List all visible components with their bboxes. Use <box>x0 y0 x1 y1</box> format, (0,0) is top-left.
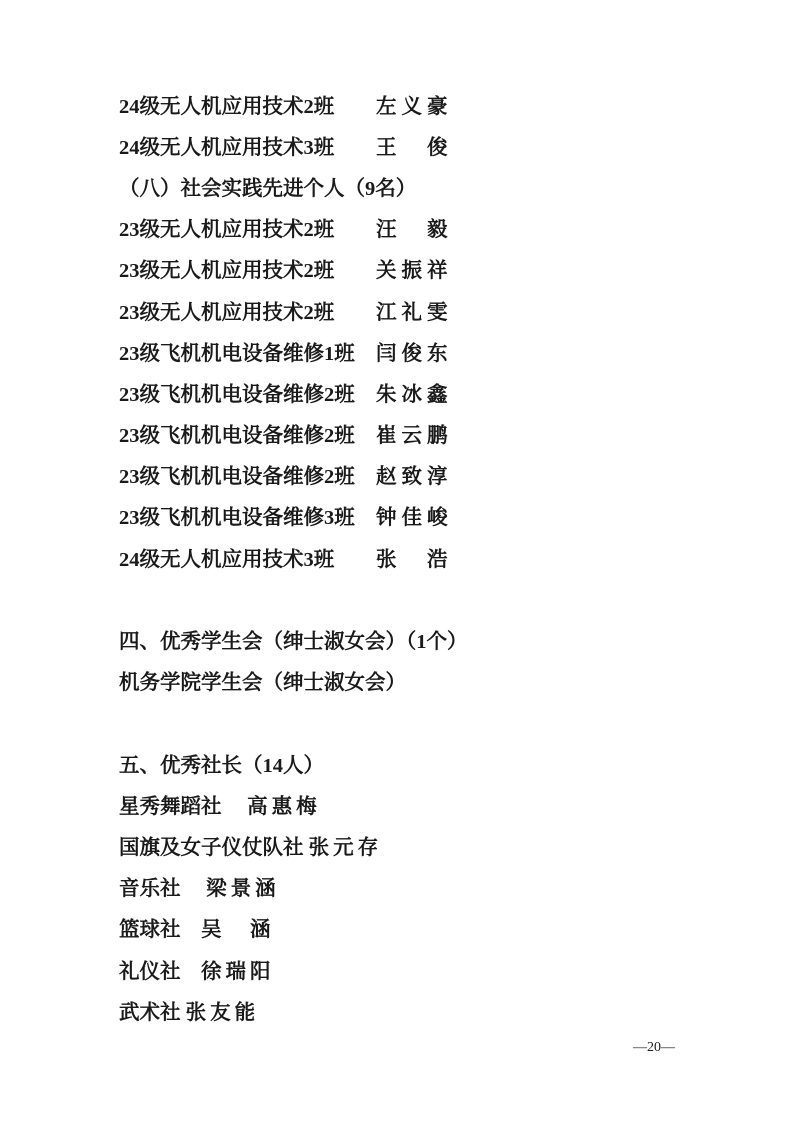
club-president-row: 武术社 张友能 <box>119 989 759 1030</box>
student-name: 王 俊 <box>376 130 453 160</box>
award-entry-row: 23级飞机机电设备维修2班赵致淳 <box>119 454 759 495</box>
award-entry-row: 24级无人机应用技术3班王 俊 <box>119 124 759 165</box>
award-entry-row: 23级无人机应用技术2班关振祥 <box>119 248 759 289</box>
class-label: 23级飞机机电设备维修3班 <box>119 500 376 530</box>
president-name: 张友能 <box>186 995 260 1025</box>
club-president-row: 礼仪社 徐瑞阳 <box>119 948 759 989</box>
club-name: 国旗及女子仪仗队社 <box>119 830 304 860</box>
blank-line <box>119 577 759 618</box>
class-label: 23级无人机应用技术2班 <box>119 212 376 242</box>
student-name: 赵致淳 <box>376 459 453 489</box>
student-name: 闫俊东 <box>376 336 453 366</box>
document-page: 24级无人机应用技术2班左义豪24级无人机应用技术3班王 俊（八）社会实践先进个… <box>0 0 793 1122</box>
student-name: 江礼雯 <box>376 295 453 325</box>
award-entry-row: 23级飞机机电设备维修1班闫俊东 <box>119 330 759 371</box>
president-name: 梁景涵 <box>206 871 280 901</box>
student-name: 朱冰鑫 <box>376 377 453 407</box>
club-name: 星秀舞蹈社 <box>119 789 222 819</box>
page-number: —20— <box>598 1039 710 1057</box>
club-name: 篮球社 <box>119 912 181 942</box>
student-name: 汪 毅 <box>376 212 453 242</box>
blank-line <box>119 701 759 742</box>
student-name: 关振祥 <box>376 253 453 283</box>
student-name: 钟佳峻 <box>376 500 453 530</box>
section-heading: 四、优秀学生会（绅士淑女会）（1个） <box>119 618 759 659</box>
club-name: 礼仪社 <box>119 954 181 984</box>
class-label: 24级无人机应用技术3班 <box>119 542 376 572</box>
club-name: 武术社 <box>119 995 181 1025</box>
spacing-gap <box>181 912 202 942</box>
club-president-row: 星秀舞蹈社 高惠梅 <box>119 783 759 824</box>
student-name: 左义豪 <box>376 89 453 119</box>
president-name: 吴 涵 <box>201 912 275 942</box>
section-heading: 五、优秀社长（14人） <box>119 742 759 783</box>
award-entry-row: 23级无人机应用技术2班江礼雯 <box>119 289 759 330</box>
class-label: 23级飞机机电设备维修2班 <box>119 418 376 448</box>
club-president-row: 音乐社 梁景涵 <box>119 866 759 907</box>
text-line: 机务学院学生会（绅士淑女会） <box>119 660 759 701</box>
class-label: 23级无人机应用技术2班 <box>119 295 376 325</box>
student-name: 崔云鹏 <box>376 418 453 448</box>
award-entry-row: 24级无人机应用技术2班左义豪 <box>119 83 759 124</box>
award-entry-row: 23级无人机应用技术2班汪 毅 <box>119 207 759 248</box>
section-heading: （八）社会实践先进个人（9名） <box>119 165 759 206</box>
award-entry-row: 23级飞机机电设备维修2班朱冰鑫 <box>119 371 759 412</box>
president-name: 张元存 <box>309 830 383 860</box>
award-entry-row: 23级飞机机电设备维修2班崔云鹏 <box>119 413 759 454</box>
class-label: 24级无人机应用技术2班 <box>119 89 376 119</box>
president-name: 高惠梅 <box>247 789 321 819</box>
spacing-gap <box>181 954 202 984</box>
president-name: 徐瑞阳 <box>201 954 275 984</box>
class-label: 24级无人机应用技术3班 <box>119 130 376 160</box>
award-entry-row: 23级飞机机电设备维修3班钟佳峻 <box>119 495 759 536</box>
document-body: 24级无人机应用技术2班左义豪24级无人机应用技术3班王 俊（八）社会实践先进个… <box>119 83 759 1030</box>
award-entry-row: 24级无人机应用技术3班张 浩 <box>119 536 759 577</box>
class-label: 23级飞机机电设备维修2班 <box>119 377 376 407</box>
class-label: 23级飞机机电设备维修2班 <box>119 459 376 489</box>
club-name: 音乐社 <box>119 871 181 901</box>
club-president-row: 篮球社 吴 涵 <box>119 907 759 948</box>
club-president-row: 国旗及女子仪仗队社 张元存 <box>119 824 759 865</box>
class-label: 23级无人机应用技术2班 <box>119 253 376 283</box>
student-name: 张 浩 <box>376 542 453 572</box>
spacing-gap <box>222 789 248 819</box>
class-label: 23级飞机机电设备维修1班 <box>119 336 376 366</box>
spacing-gap <box>181 871 207 901</box>
